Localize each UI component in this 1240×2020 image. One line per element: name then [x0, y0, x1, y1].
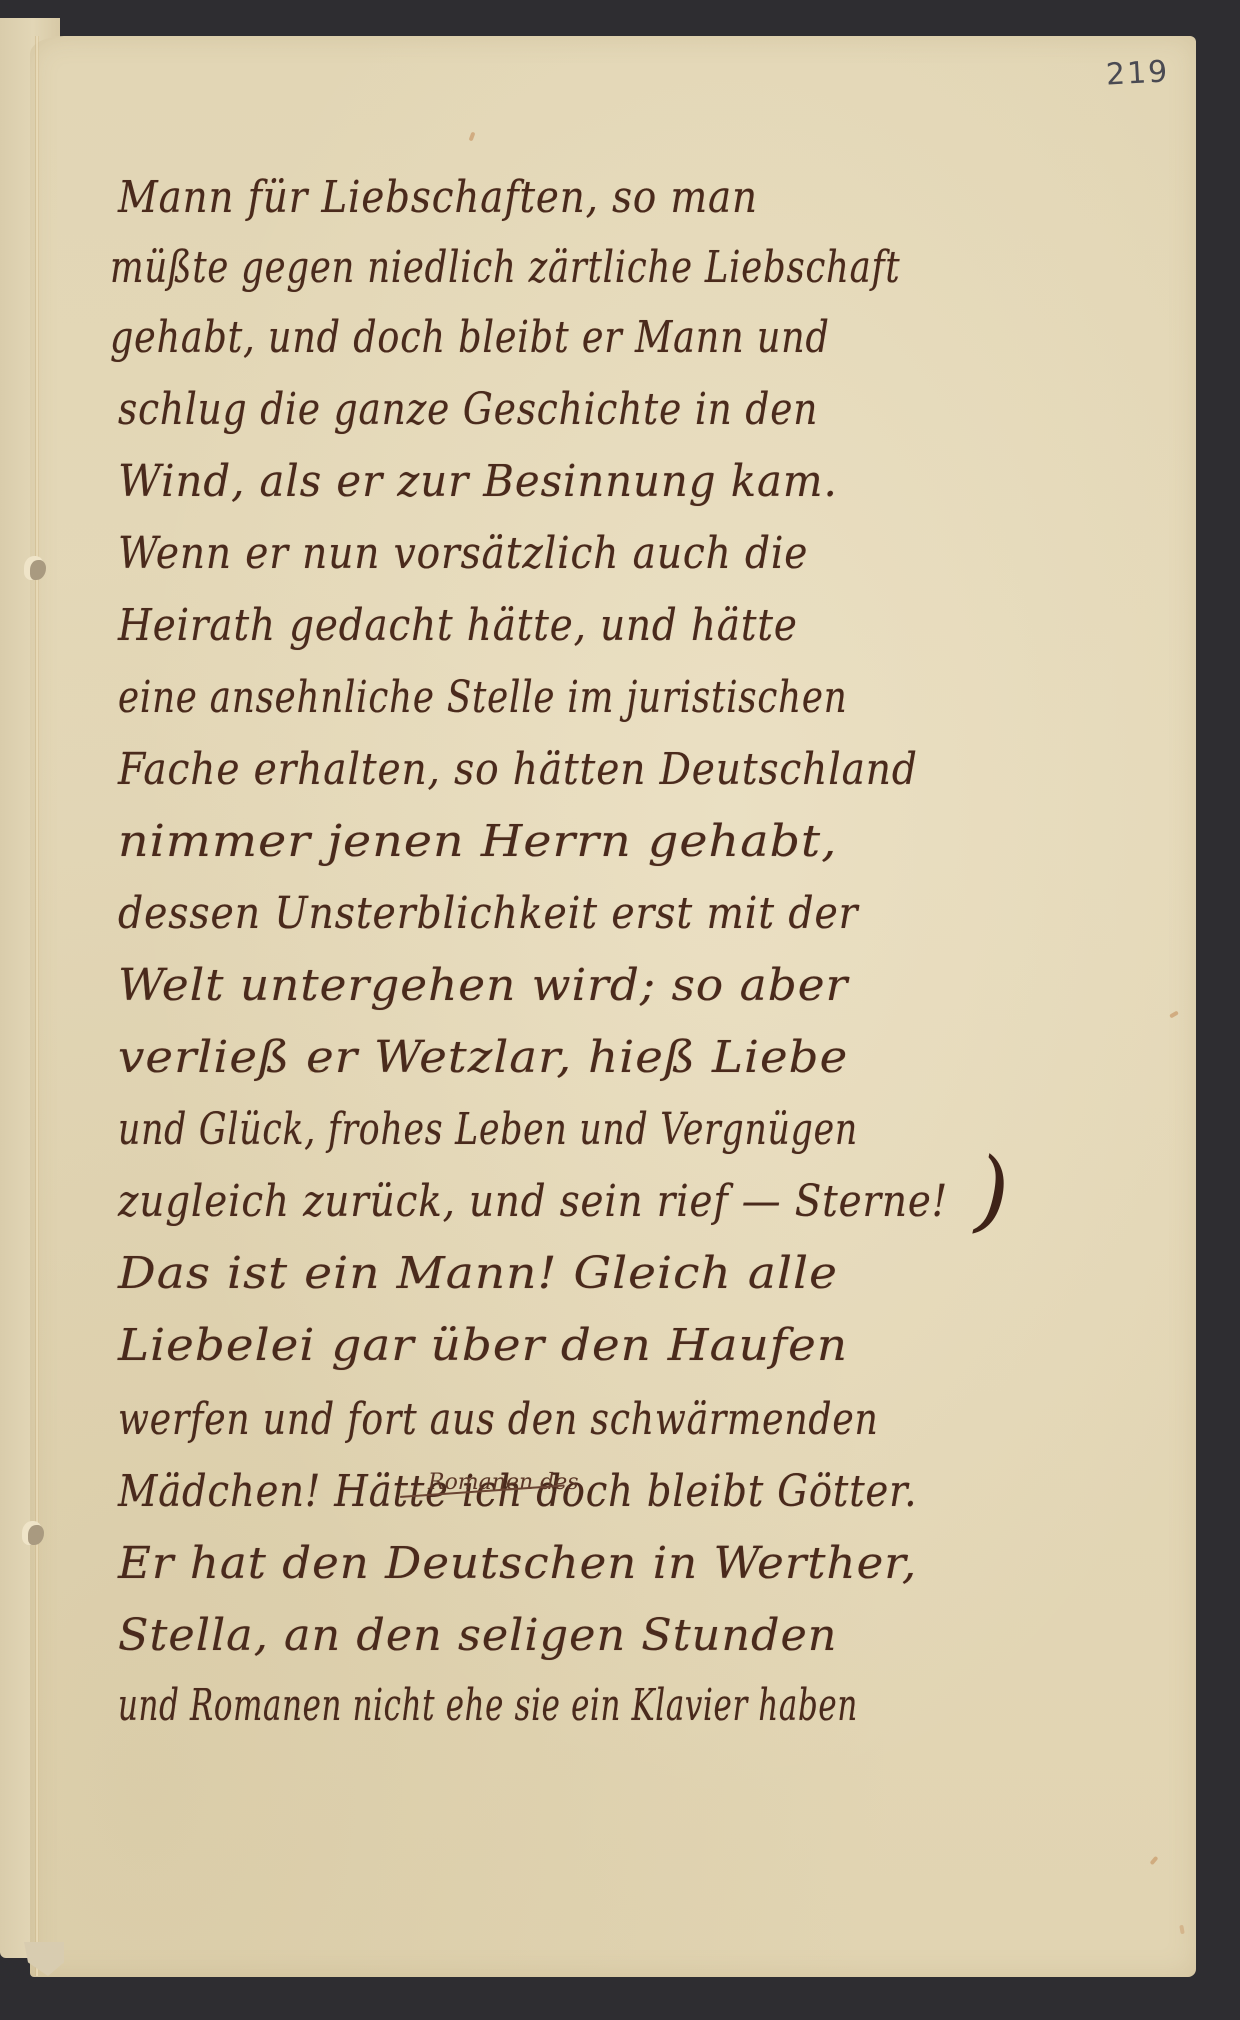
manuscript-line: verließ er Wetzlar, hieß Liebe [118, 1032, 848, 1083]
manuscript-line: Fache erhalten, so hätten Deutschland [118, 744, 918, 795]
manuscript-line: Das ist ein Mann! Gleich alle [118, 1248, 838, 1299]
manuscript-line: schlug die ganze Geschichte in den [118, 384, 818, 435]
manuscript-line: Heirath gedacht hätte, und hätte [118, 600, 798, 651]
interlinear-insertion: Romanen des [428, 1470, 579, 1495]
manuscript-line: Mann für Liebschaften, so man [118, 172, 758, 223]
manuscript-line: Welt untergehen wird; so aber [118, 960, 848, 1011]
manuscript-line: Wenn er nun vorsätzlich auch die [118, 528, 808, 579]
manuscript-scan: 219 Mann für Liebschaften, so man müßte … [0, 0, 1240, 2020]
manuscript-line: müßte gegen niedlich zärtliche Liebschaf… [110, 242, 900, 293]
manuscript-line: Liebelei gar über den Haufen [118, 1320, 848, 1371]
manuscript-line: zugleich zurück, und sein rief — Sterne! [118, 1176, 948, 1227]
manuscript-line: und Glück, frohes Leben und Vergnügen [118, 1104, 858, 1155]
manuscript-line: werfen und fort aus den schwärmenden [118, 1394, 879, 1445]
manuscript-line: dessen Unsterblichkeit erst mit der [118, 888, 858, 939]
manuscript-line: Stella, an den seligen Stunden [118, 1610, 837, 1661]
manuscript-line: Wind, als er zur Besinnung kam. [118, 456, 838, 507]
manuscript-line: Er hat den Deutschen in Werther, [118, 1538, 917, 1589]
manuscript-line: nimmer jenen Herrn gehabt, [118, 816, 837, 867]
manuscript-line: und Romanen nicht ehe sie ein Klavier ha… [118, 1680, 858, 1731]
handwritten-text: Mann für Liebschaften, so man müßte gege… [0, 0, 1240, 2020]
manuscript-line: gehabt, und doch bleibt er Mann und [110, 312, 830, 363]
manuscript-line: eine ansehnliche Stelle im juristischen [118, 672, 847, 723]
marginal-mark: ) [964, 1137, 1020, 1247]
